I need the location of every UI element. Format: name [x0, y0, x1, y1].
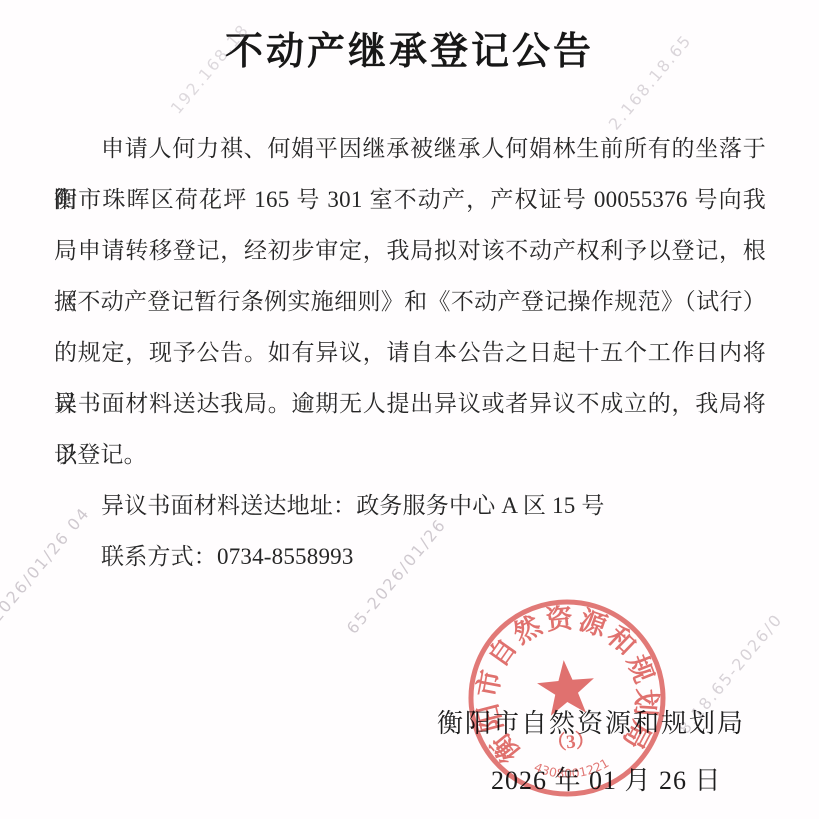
page-title: 不动产继承登记公告: [0, 20, 819, 75]
body-line: 局申请转移登记，经初步审定，我局拟对该不动产权利予以登记，根据: [54, 225, 766, 276]
official-seal: 衡阳市自然资源和规划局 （3） 4308001221: [451, 582, 683, 814]
seal-center-mark: （3）: [546, 728, 595, 755]
body-text: 申请人何力祺、何娟平因继承被继承人何娟林生前所有的坐落于衡 阳市珠晖区荷花坪 1…: [54, 123, 766, 582]
body-line: 申请人何力祺、何娟平因继承被继承人何娟林生前所有的坐落于衡: [54, 123, 766, 174]
announcement-document: 192.168.18 2.168.18.65 2026/01/26 04 65-…: [0, 0, 819, 819]
body-line: 的规定，现予公告。如有异议，请自本公告之日起十五个工作日内将异: [54, 327, 766, 378]
body-line: 以登记。: [54, 429, 766, 480]
body-line: 阳市珠晖区荷花坪 165 号 301 室不动产，产权证号 00055376 号向…: [54, 174, 766, 225]
body-line: 《不动产登记暂行条例实施细则》和《不动产登记操作规范》（试行）: [54, 276, 766, 327]
contact-phone-line: 联系方式：0734-8558993: [54, 531, 766, 582]
delivery-address-line: 异议书面材料送达地址：政务服务中心 A 区 15 号: [54, 480, 766, 531]
seal-number: 4308001221: [531, 754, 612, 784]
body-line: 议书面材料送达我局。逾期无人提出异议或者异议不成立的，我局将予: [54, 378, 766, 429]
seal-star-icon: [535, 658, 597, 717]
